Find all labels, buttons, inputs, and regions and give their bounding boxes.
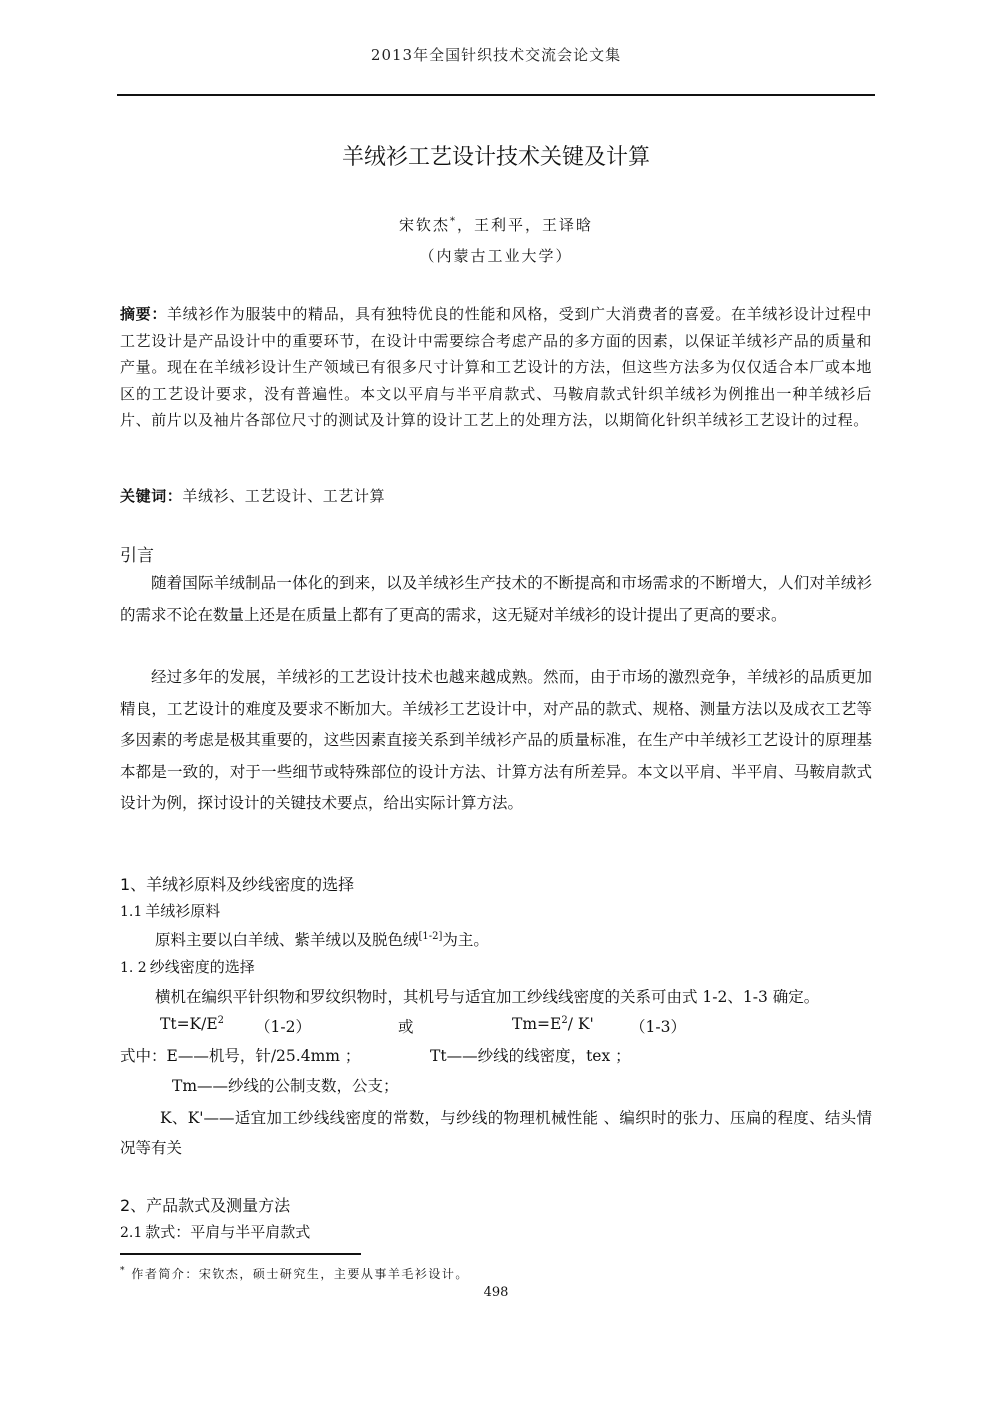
formula-1-2: Tt=K/E2: [160, 1015, 224, 1033]
keywords-text: 羊绒衫、工艺设计、工艺计算: [182, 487, 385, 505]
definition-K: K、K'——适宜加工纱线线密度的常数，与纱线的物理机械性能 、编织时的张力、压扁…: [120, 1103, 872, 1163]
text: 为主。: [442, 931, 489, 949]
intro-paragraph-2: 经过多年的发展，羊绒衫的工艺设计技术也越来越成熟。然而，由于市场的激烈竞争，羊绒…: [120, 662, 872, 820]
exponent: 2: [218, 1015, 224, 1026]
footnote-rule: [120, 1253, 361, 1255]
abstract-text: 羊绒衫作为服装中的精品，具有独特优良的性能和风格，受到广大消费者的喜爱。在羊绒衫…: [120, 305, 872, 429]
paper-title: 羊绒衫工艺设计技术关键及计算: [117, 140, 875, 171]
definition-text: E——机号，针/25.4mm ；: [167, 1047, 361, 1065]
footnote-text: 作者简介：宋钦杰，硕士研究生，主要从事羊毛衫设计。: [126, 1267, 469, 1281]
section-title: 纱线密度的选择: [150, 958, 255, 976]
section-1-1-text: 原料主要以白羊绒、紫羊绒以及脱色绒[1-2]为主。: [155, 928, 489, 950]
formula-expression: Tm=E: [512, 1015, 561, 1033]
intro-heading: 引言: [120, 541, 154, 566]
definition-Tm: Tm——纱线的公制支数，公支；: [172, 1074, 399, 1096]
section-1-2-text: 横机在编织平针织物和罗纹织物时，其机号与适宜加工纱线线密度的关系可由式 1-2、…: [155, 985, 819, 1007]
formula-expression: Tt=K/E: [160, 1015, 218, 1033]
affiliation: （内蒙古工业大学）: [117, 245, 875, 266]
section-1-1-heading: 1.1羊绒衫原料: [120, 900, 220, 921]
citation-ref[interactable]: [1-2]: [419, 931, 443, 942]
author-list: 宋钦杰*，王利平，王译晗: [117, 214, 875, 235]
where-label: 式中：: [120, 1047, 167, 1065]
footnote: * 作者简介：宋钦杰，硕士研究生，主要从事羊毛衫设计。: [120, 1265, 469, 1282]
abstract-label: 摘要：: [120, 305, 167, 323]
text: 原料主要以白羊绒、紫羊绒以及脱色绒: [155, 931, 419, 949]
section-number: 2.1: [120, 1225, 142, 1241]
section-1-2-heading: 1. 2纱线密度的选择: [120, 956, 255, 977]
section-number: 1. 2: [120, 960, 147, 976]
intro-paragraph-1: 随着国际羊绒制品一体化的到来，以及羊绒衫生产技术的不断提高和市场需求的不断增大，…: [120, 568, 872, 631]
running-head: 2013年全国针织技术交流会论文集: [117, 44, 875, 65]
formula-1-2-label: （1-2）: [255, 1015, 311, 1037]
formula-or: 或: [398, 1015, 414, 1037]
section-title: 羊绒衫原料: [145, 902, 220, 920]
section-2-heading: 2、产品款式及测量方法: [120, 1193, 290, 1216]
section-number: 1.1: [120, 904, 142, 920]
section-2-1-heading: 2.1款式：平肩与半平肩款式: [120, 1221, 310, 1242]
keywords: 关键词：羊绒衫、工艺设计、工艺计算: [120, 483, 872, 510]
definition-E: 式中：E——机号，针/25.4mm ；: [120, 1044, 360, 1066]
co-authors: ，王利平，王译晗: [457, 216, 593, 234]
formula-1-3: Tm=E2/ K': [512, 1015, 594, 1033]
page-number: 498: [117, 1285, 875, 1300]
section-1-heading: 1、羊绒衫原料及纱线密度的选择: [120, 872, 354, 895]
first-author: 宋钦杰: [399, 216, 450, 234]
formula-1-3-label: （1-3）: [630, 1015, 686, 1037]
definition-Tt: Tt——纱线的线密度，tex ；: [430, 1044, 631, 1066]
section-title: 款式：平肩与半平肩款式: [145, 1223, 310, 1241]
abstract: 摘要：羊绒衫作为服装中的精品，具有独特优良的性能和风格，受到广大消费者的喜爱。在…: [120, 301, 872, 434]
formula-expression: / K': [568, 1015, 594, 1033]
header-rule: [117, 94, 875, 96]
keywords-label: 关键词：: [120, 487, 182, 505]
author-footnote-mark: *: [450, 216, 457, 227]
